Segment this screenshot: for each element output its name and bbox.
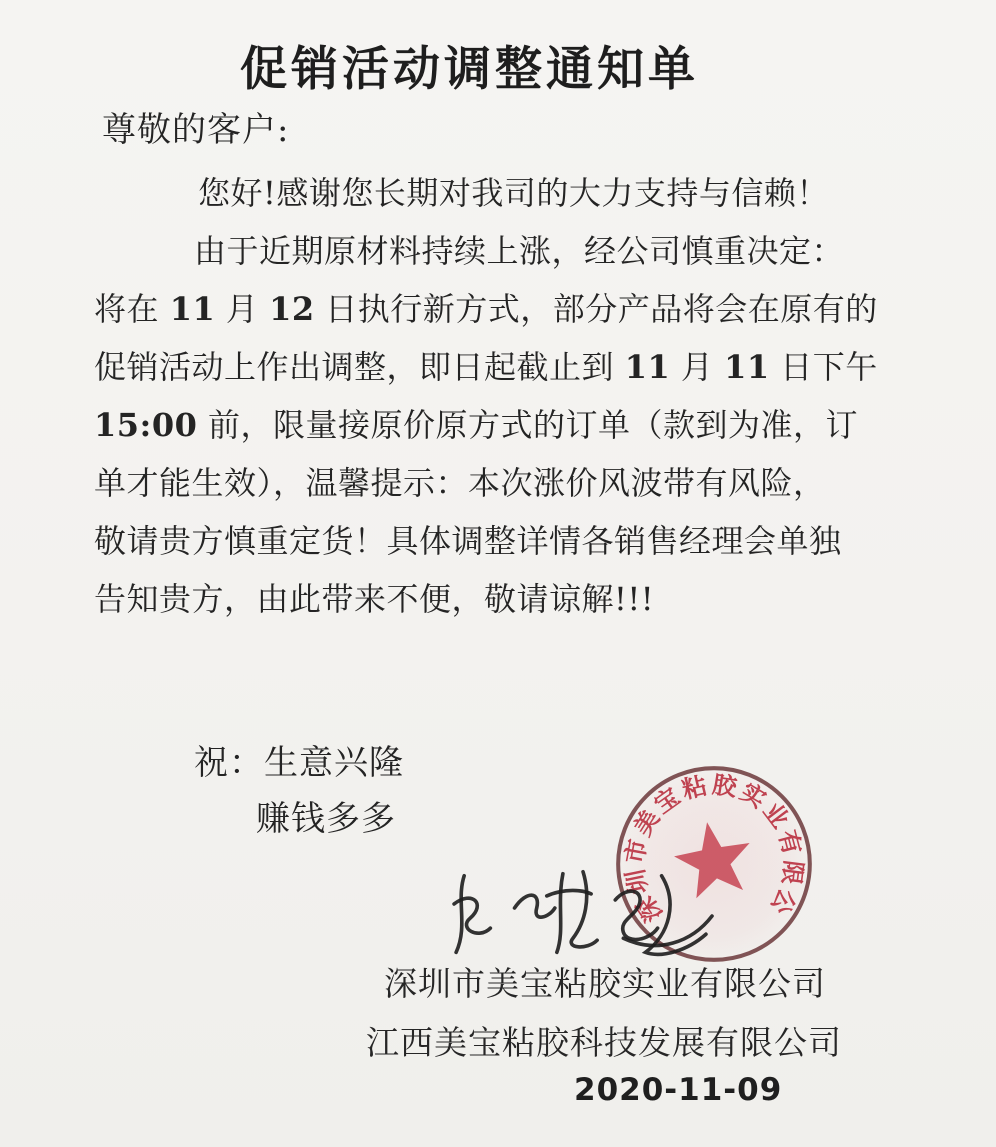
body-line: 敬请贵方慎重定货！具体调整详情各销售经理会单独 — [94, 516, 904, 574]
body-text-segment: 由于近期原材料持续上涨，经公司慎重决定： — [194, 232, 844, 270]
wish-line-1: 祝：生意兴隆 — [194, 735, 404, 784]
body-text-segment: 日执行新方式，部分产品将会在原有的 — [315, 290, 878, 328]
body-line: 告知贵方，由此带来不便，敬请谅解!!! — [94, 574, 904, 632]
emphasized-number: 11 — [170, 290, 216, 328]
notice-document: 促销活动调整通知单 尊敬的客户: 您好!感谢您长期对我司的大力支持与信赖！由于近… — [0, 0, 996, 1147]
emphasized-number: 11 — [724, 348, 770, 386]
document-title: 促销活动调整通知单 — [240, 32, 699, 99]
body-text-segment: 敬请贵方慎重定货！具体调整详情各销售经理会单独 — [94, 522, 842, 560]
body-line: 单才能生效），温馨提示：本次涨价风波带有风险， — [94, 458, 904, 516]
salutation: 尊敬的客户: — [102, 102, 289, 151]
body-line: 将在 11 月 12 日执行新方式，部分产品将会在原有的 — [94, 284, 904, 342]
body-text-segment: 日下午 — [770, 348, 878, 386]
body-text-segment: 告知贵方，由此带来不便，敬请谅解!!! — [94, 580, 654, 618]
emphasized-number: 12 — [269, 290, 315, 328]
body-line: 15:00 前，限量接原价原方式的订单（款到为准，订 — [94, 400, 904, 458]
body-text-segment: 将在 — [94, 290, 170, 328]
emphasized-number: 11 — [625, 348, 671, 386]
body-text-segment: 促销活动上作出调整，即日起截止到 — [94, 348, 625, 386]
body-text-segment: 您好!感谢您长期对我司的大力支持与信赖！ — [198, 174, 829, 212]
body-text: 您好!感谢您长期对我司的大力支持与信赖！由于近期原材料持续上涨，经公司慎重决定：… — [94, 168, 904, 632]
body-text-segment: 月 — [215, 290, 269, 328]
emphasized-number: 15:00 — [94, 406, 197, 444]
wish-line-2: 赚钱多多 — [256, 791, 396, 840]
body-line: 由于近期原材料持续上涨，经公司慎重决定： — [194, 226, 904, 284]
handwritten-signature — [442, 845, 714, 967]
body-text-segment: 单才能生效），温馨提示：本次涨价风波带有风险， — [94, 464, 826, 502]
footer-company-2: 江西美宝粘胶科技发展有限公司 — [366, 1017, 842, 1064]
footer-date: 2020-11-09 — [574, 1072, 782, 1108]
body-text-segment: 前，限量接原价原方式的订单（款到为准，订 — [197, 406, 858, 444]
body-line: 您好!感谢您长期对我司的大力支持与信赖！ — [198, 168, 904, 226]
body-line: 促销活动上作出调整，即日起截止到 11 月 11 日下午 — [94, 342, 904, 400]
signature-strokes — [442, 845, 714, 967]
body-text-segment: 月 — [670, 348, 724, 386]
